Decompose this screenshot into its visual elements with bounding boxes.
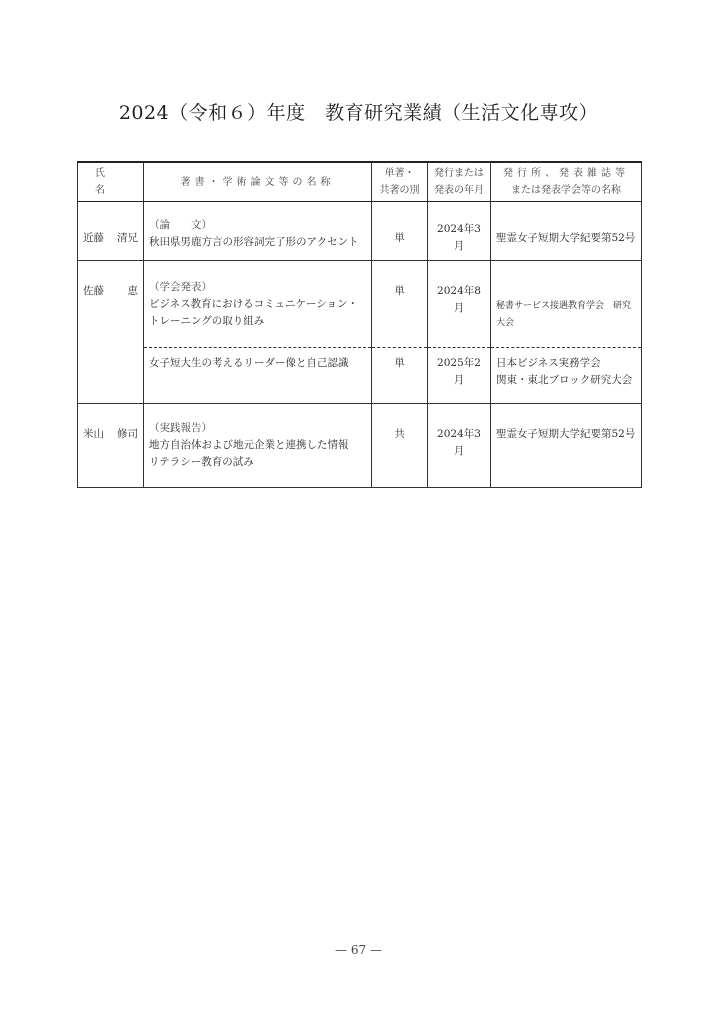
page-title: 2024（令和６）年度 教育研究業績（生活文化専攻） — [0, 98, 717, 125]
author-family-name: 米山 — [83, 426, 104, 443]
work-title-line: 秋田県男鹿方言の形容詞完了形のアクセント — [149, 234, 366, 251]
authorship-type: 単 — [372, 348, 428, 404]
header-publisher-line2: または発表学会等の名称 — [496, 182, 636, 199]
work-title-line: ビジネス教育におけるコミュニケーション・ — [149, 296, 366, 313]
author-name: 佐藤 恵 — [78, 261, 144, 404]
table-row: 米山 修司 （実践報告） 地方自治体および地元企業と連携した情報 リテラシー教育… — [78, 404, 642, 488]
work-title: （論 文） 秋田県男鹿方言の形容詞完了形のアクセント — [144, 202, 372, 261]
publication-date: 2024年8月 — [428, 261, 491, 348]
publisher-line: 秘書サービス接遇教育学会 研究大会 — [496, 298, 636, 332]
header-authorship: 単著・ 共著の別 — [372, 162, 428, 202]
work-title: （学会発表） ビジネス教育におけるコミュニケーション・ トレーニングの取り組み — [144, 261, 372, 348]
work-title-line: 地方自治体および地元企業と連携した情報 — [149, 437, 366, 454]
publisher: 秘書サービス接遇教育学会 研究大会 — [491, 261, 642, 348]
publication-date: 2024年3月 — [428, 404, 491, 488]
work-category: （学会発表） — [149, 279, 366, 296]
author-name: 米山 修司 — [78, 404, 144, 488]
publisher: 聖霊女子短期大学紀要第52号 — [491, 404, 642, 488]
author-given-name: 清兄 — [117, 230, 138, 247]
research-records-table: 氏名 著書・学術論文等の名称 単著・ 共著の別 発行または 発表の年月 発行所、… — [77, 161, 642, 488]
author-family-name: 近藤 — [83, 230, 104, 247]
table-header-row: 氏名 著書・学術論文等の名称 単著・ 共著の別 発行または 発表の年月 発行所、… — [78, 162, 642, 202]
authorship-type: 共 — [372, 404, 428, 488]
header-title: 著書・学術論文等の名称 — [144, 162, 372, 202]
authorship-type: 単 — [372, 261, 428, 348]
header-date: 発行または 発表の年月 — [428, 162, 491, 202]
publisher-line: 日本ビジネス実務学会 — [496, 355, 636, 372]
work-category: （実践報告） — [149, 420, 366, 437]
publication-date: 2024年3月 — [428, 202, 491, 261]
header-publisher: 発行所、発表雑誌等 または発表学会等の名称 — [491, 162, 642, 202]
work-title-line: 女子短大生の考えるリーダー像と自己認識 — [149, 355, 366, 372]
header-name: 氏名 — [78, 162, 144, 202]
author-family-name: 佐藤 — [83, 283, 104, 300]
author-name: 近藤 清兄 — [78, 202, 144, 261]
header-publisher-line1: 発行所、発表雑誌等 — [496, 165, 636, 182]
table-row: 佐藤 恵 （学会発表） ビジネス教育におけるコミュニケーション・ トレーニングの… — [78, 261, 642, 348]
publisher: 聖霊女子短期大学紀要第52号 — [491, 202, 642, 261]
work-title-line: トレーニングの取り組み — [149, 313, 366, 330]
work-category: （論 文） — [149, 217, 366, 234]
publisher-line: 聖霊女子短期大学紀要第52号 — [496, 230, 636, 247]
publisher-line: 聖霊女子短期大学紀要第52号 — [496, 426, 636, 443]
work-title: （実践報告） 地方自治体および地元企業と連携した情報 リテラシー教育の試み — [144, 404, 372, 488]
header-date-line2: 発表の年月 — [433, 182, 485, 199]
publisher: 日本ビジネス実務学会 関東・東北ブロック研究大会 — [491, 348, 642, 404]
work-title: 女子短大生の考えるリーダー像と自己認識 — [144, 348, 372, 404]
table-row: 女子短大生の考えるリーダー像と自己認識 単 2025年2月 日本ビジネス実務学会… — [78, 348, 642, 404]
page-number: — 67 — — [0, 943, 717, 957]
author-given-name: 修司 — [117, 426, 138, 443]
publication-date: 2025年2月 — [428, 348, 491, 404]
table-row: 近藤 清兄 （論 文） 秋田県男鹿方言の形容詞完了形のアクセント 単 2024年… — [78, 202, 642, 261]
header-authorship-line1: 単著・ — [377, 165, 422, 182]
work-title-line: リテラシー教育の試み — [149, 454, 366, 471]
author-given-name: 恵 — [128, 283, 139, 300]
publisher-line: 関東・東北ブロック研究大会 — [496, 372, 636, 389]
header-authorship-line2: 共著の別 — [377, 182, 422, 199]
header-date-line1: 発行または — [433, 165, 485, 182]
authorship-type: 単 — [372, 202, 428, 261]
